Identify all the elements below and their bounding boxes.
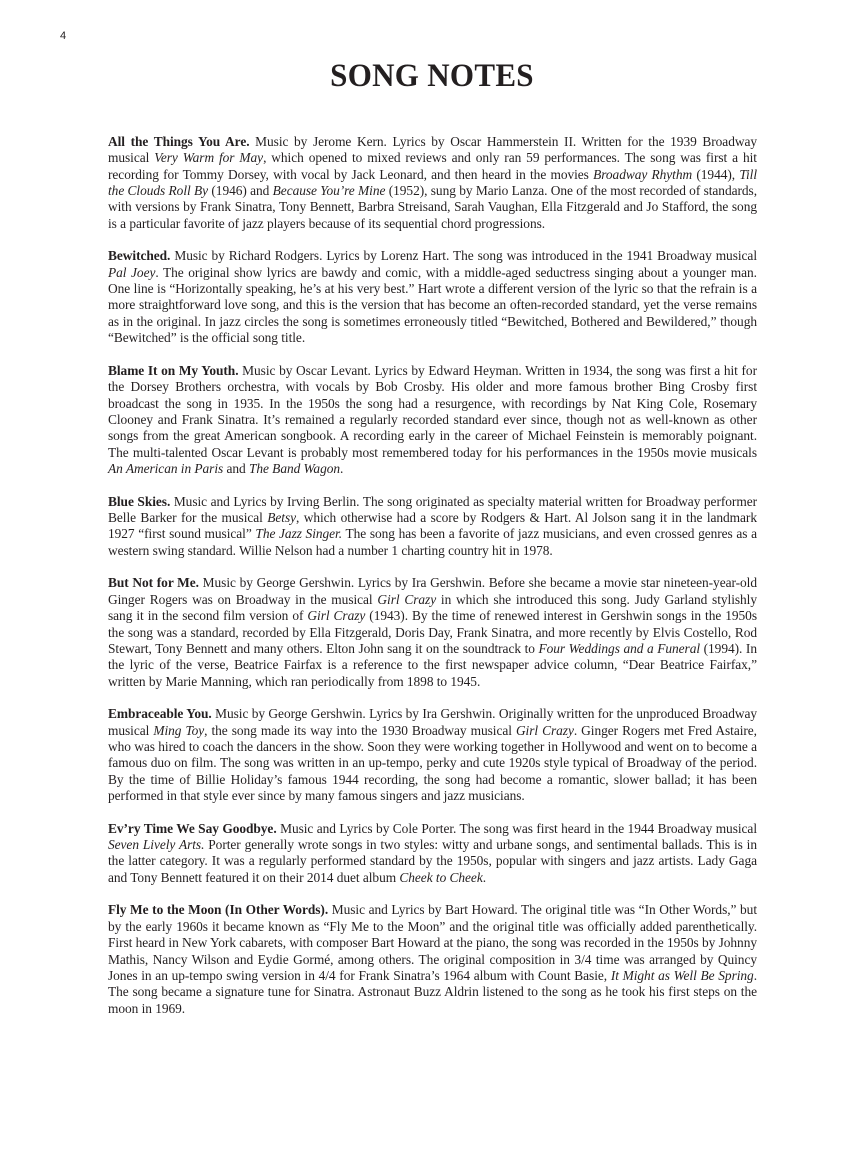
work-title-italic: Girl Crazy [516, 723, 574, 738]
song-title: Bewitched. [108, 248, 170, 263]
song-title: Ev’ry Time We Say Goodbye. [108, 821, 277, 836]
note-text: . The original show lyrics are bawdy and… [108, 265, 757, 345]
song-note: Ev’ry Time We Say Goodbye. Music and Lyr… [108, 821, 757, 886]
note-text: . [483, 870, 486, 885]
note-text: Music and Lyrics by Cole Porter. The son… [277, 821, 757, 836]
song-note: Fly Me to the Moon (In Other Words). Mus… [108, 902, 757, 1016]
work-title-italic: Pal Joey [108, 265, 155, 280]
work-title-italic: The Jazz Singer. [255, 526, 342, 541]
work-title-italic: An American in Paris [108, 461, 223, 476]
work-title-italic: Cheek to Cheek [399, 870, 482, 885]
work-title-italic: It Might as Well Be Spring [611, 968, 754, 983]
work-title-italic: Ming Toy [153, 723, 204, 738]
song-note: Blame It on My Youth. Music by Oscar Lev… [108, 363, 757, 477]
song-note: Bewitched. Music by Richard Rodgers. Lyr… [108, 248, 757, 346]
song-title: But Not for Me. [108, 575, 199, 590]
song-notes-list: All the Things You Are. Music by Jerome … [108, 134, 757, 1033]
song-note: But Not for Me. Music by George Gershwin… [108, 575, 757, 689]
song-title: Fly Me to the Moon (In Other Words). [108, 902, 328, 917]
song-title: All the Things You Are. [108, 134, 250, 149]
work-title-italic: Broadway Rhythm [593, 167, 692, 182]
note-text: (1944), [692, 167, 739, 182]
song-note: Blue Skies. Music and Lyrics by Irving B… [108, 494, 757, 559]
work-title-italic: Because You’re Mine [273, 183, 386, 198]
song-title: Embraceable You. [108, 706, 212, 721]
note-text: . [340, 461, 343, 476]
song-title: Blame It on My Youth. [108, 363, 239, 378]
page-title: SONG NOTES [26, 58, 838, 95]
work-title-italic: Girl Crazy [377, 592, 436, 607]
work-title-italic: Seven Lively Arts. [108, 837, 204, 852]
note-text: Music by Richard Rodgers. Lyrics by Lore… [170, 248, 757, 263]
page-number: 4 [60, 30, 66, 42]
work-title-italic: The Band Wagon [249, 461, 340, 476]
note-text: and [223, 461, 249, 476]
work-title-italic: Very Warm for May [154, 150, 263, 165]
work-title-italic: Four Weddings and a Funeral [539, 641, 701, 656]
song-note: All the Things You Are. Music by Jerome … [108, 134, 757, 232]
work-title-italic: Betsy [267, 510, 296, 525]
note-text: , the song made its way into the 1930 Br… [204, 723, 516, 738]
work-title-italic: Girl Crazy [307, 608, 365, 623]
song-note: Embraceable You. Music by George Gershwi… [108, 706, 757, 804]
song-title: Blue Skies. [108, 494, 170, 509]
note-text: (1946) and [208, 183, 273, 198]
